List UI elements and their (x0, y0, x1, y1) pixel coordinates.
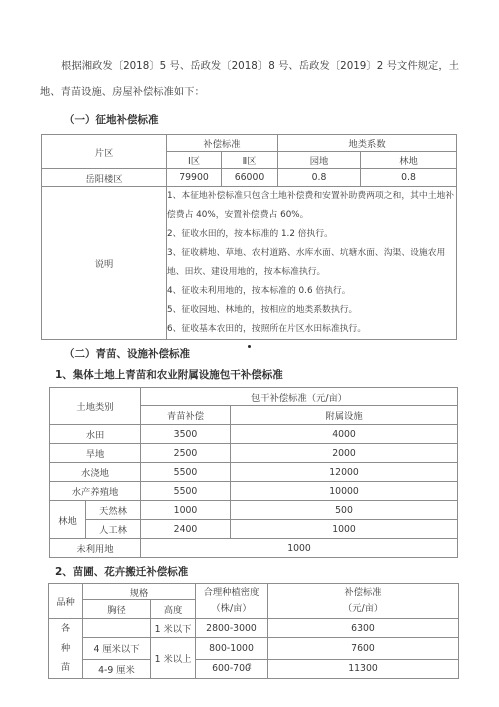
comp-standard-header: 补偿标准 (167, 135, 278, 152)
section1-heading: （一）征地补偿标准 (64, 112, 499, 127)
variety-char: 种 (49, 639, 82, 659)
zone1-header: Ⅰ区 (167, 152, 222, 169)
forest-type-cell: 人工林 (86, 520, 141, 539)
garden-header: 园地 (278, 152, 361, 169)
dbh-header: 胸径 (83, 600, 151, 619)
forest-header: 林地 (361, 152, 457, 169)
comp-cell: 7600 (268, 638, 459, 660)
table-row: 人工林 2400 1000 (50, 520, 458, 539)
table-row: 水浇地 5500 12000 (50, 463, 458, 482)
land-type-cell: 水产养殖地 (50, 482, 141, 501)
facility-value: 2000 (231, 444, 458, 463)
unused-land-value: 1000 (141, 539, 458, 558)
facility-value: 10000 (231, 482, 458, 501)
note-item: 3、征收耕地、草地、农村道路、水库水面、坑塘水面、沟渠、设施农用地、田坎、建设用… (167, 244, 456, 282)
table-header-row: 片区 补偿标准 地类系数 (42, 135, 457, 152)
seedling-value: 2500 (141, 444, 231, 463)
comp-standard-header: 补偿标准 （元/亩） (268, 584, 459, 619)
table-row: 旱地 2500 2000 (50, 444, 458, 463)
note-item: 4、征收未利用地的，按本标准的 0.6 倍执行。 (167, 282, 456, 301)
sub1-heading: 1、集体土地上青苗和农业附属设施包干补偿标准 (55, 367, 499, 382)
seedling-value: 5500 (141, 482, 231, 501)
note-item: 6、征收基本农田的，按照所在片区水田标准执行。 (167, 320, 456, 339)
table-row: 各 种 苗 1 米以下 2800-3000 6300 (49, 619, 459, 638)
intro-paragraph: 根据湘政发〔2018〕5 号、岳政发〔2018〕8 号、岳政发〔2019〕2 号… (40, 0, 459, 105)
density-header: 合理种植密度 （株/亩） (196, 584, 268, 619)
table-header-row: 品种 规格 合理种植密度 （株/亩） 补偿标准 （元/亩） (49, 584, 459, 600)
notes-label: 说明 (42, 187, 167, 340)
facility-header: 附属设施 (231, 406, 458, 425)
dbh-cell (83, 619, 151, 638)
notes-row: 说明 1、本征地补偿标准只包含土地补偿费和安置补助费两项之和，其中土地补偿费占 … (42, 187, 457, 340)
density-cell: 800-1000 (196, 638, 268, 660)
region-column-header: 片区 (42, 135, 167, 169)
table-header-row: 土地类别 包干补偿标准（元/亩） (50, 388, 458, 406)
seedling-facility-table: 土地类别 包干补偿标准（元/亩） 青苗补偿 附属设施 水田 3500 4000 … (49, 387, 458, 558)
table-row: 水田 3500 4000 (50, 425, 458, 444)
sub2-heading: 2、苗圃、花卉搬迁补偿标准 (55, 564, 499, 579)
seedling-value: 2400 (141, 520, 231, 539)
notes-cell: 1、本征地补偿标准只包含土地补偿费和安置补助费两项之和，其中土地补偿费占 40%… (167, 187, 457, 340)
density-header-line2: （株/亩） (196, 601, 267, 617)
note-item: 5、征收园地、林地的，按相应的地类系数执行。 (167, 301, 456, 320)
unused-land-label: 未利用地 (50, 539, 141, 558)
note-item: 1、本征地补偿标准只包含土地补偿费和安置补助费两项之和，其中土地补偿费占 40%… (167, 187, 456, 225)
table-row: 水产养殖地 5500 10000 (50, 482, 458, 501)
height-header: 高度 (151, 600, 196, 619)
table-row: 岳阳楼区 79900 66000 0.8 0.8 (42, 169, 457, 187)
land-type-cell: 水浇地 (50, 463, 141, 482)
land-type-cell: 水田 (50, 425, 141, 444)
height-cell: 1 米以上 (151, 638, 196, 679)
district-cell: 岳阳楼区 (42, 169, 167, 187)
variety-char: 各 (49, 619, 82, 639)
forest-group-label: 林地 (50, 501, 86, 539)
page-number: 2 (0, 662, 499, 671)
facility-value: 1000 (231, 520, 458, 539)
forest-coef-value: 0.8 (361, 169, 457, 187)
zone2-header: Ⅱ区 (222, 152, 278, 169)
forest-type-cell: 天然林 (86, 501, 141, 520)
density-cell: 2800-3000 (196, 619, 268, 638)
facility-value: 500 (231, 501, 458, 520)
ink-dot-artifact (248, 345, 251, 348)
height-cell: 1 米以下 (151, 619, 196, 638)
comp-header-line1: 补偿标准 (268, 585, 458, 601)
document-page: 根据湘政发〔2018〕5 号、岳政发〔2018〕8 号、岳政发〔2019〕2 号… (0, 0, 499, 707)
land-compensation-table: 片区 补偿标准 地类系数 Ⅰ区 Ⅱ区 园地 林地 岳阳楼区 79900 6600… (41, 134, 457, 340)
land-coef-header: 地类系数 (278, 135, 457, 152)
seedling-value: 3500 (141, 425, 231, 444)
note-item: 2、征收水田的，按本标准的 1.2 倍执行。 (167, 225, 456, 244)
density-header-line1: 合理种植密度 (196, 585, 267, 601)
table-row: 林地 天然林 1000 500 (50, 501, 458, 520)
seedling-value: 5500 (141, 463, 231, 482)
comp-cell: 6300 (268, 619, 459, 638)
variety-header: 品种 (49, 584, 83, 619)
zone1-value: 79900 (167, 169, 222, 187)
table-row: 4 厘米以下 1 米以上 800-1000 7600 (49, 638, 459, 660)
package-standard-header: 包干补偿标准（元/亩） (141, 388, 458, 406)
table-row: 未利用地 1000 (50, 539, 458, 558)
land-type-header: 土地类别 (50, 388, 141, 425)
dbh-cell: 4 厘米以下 (83, 638, 151, 660)
garden-coef-value: 0.8 (278, 169, 361, 187)
facility-value: 12000 (231, 463, 458, 482)
seedling-value: 1000 (141, 501, 231, 520)
land-type-cell: 旱地 (50, 444, 141, 463)
section2-heading: （二）青苗、设施补偿标准 (64, 346, 499, 361)
seedling-comp-header: 青苗补偿 (141, 406, 231, 425)
zone2-value: 66000 (222, 169, 278, 187)
facility-value: 4000 (231, 425, 458, 444)
comp-header-line2: （元/亩） (268, 601, 458, 617)
spec-header: 规格 (83, 584, 196, 600)
